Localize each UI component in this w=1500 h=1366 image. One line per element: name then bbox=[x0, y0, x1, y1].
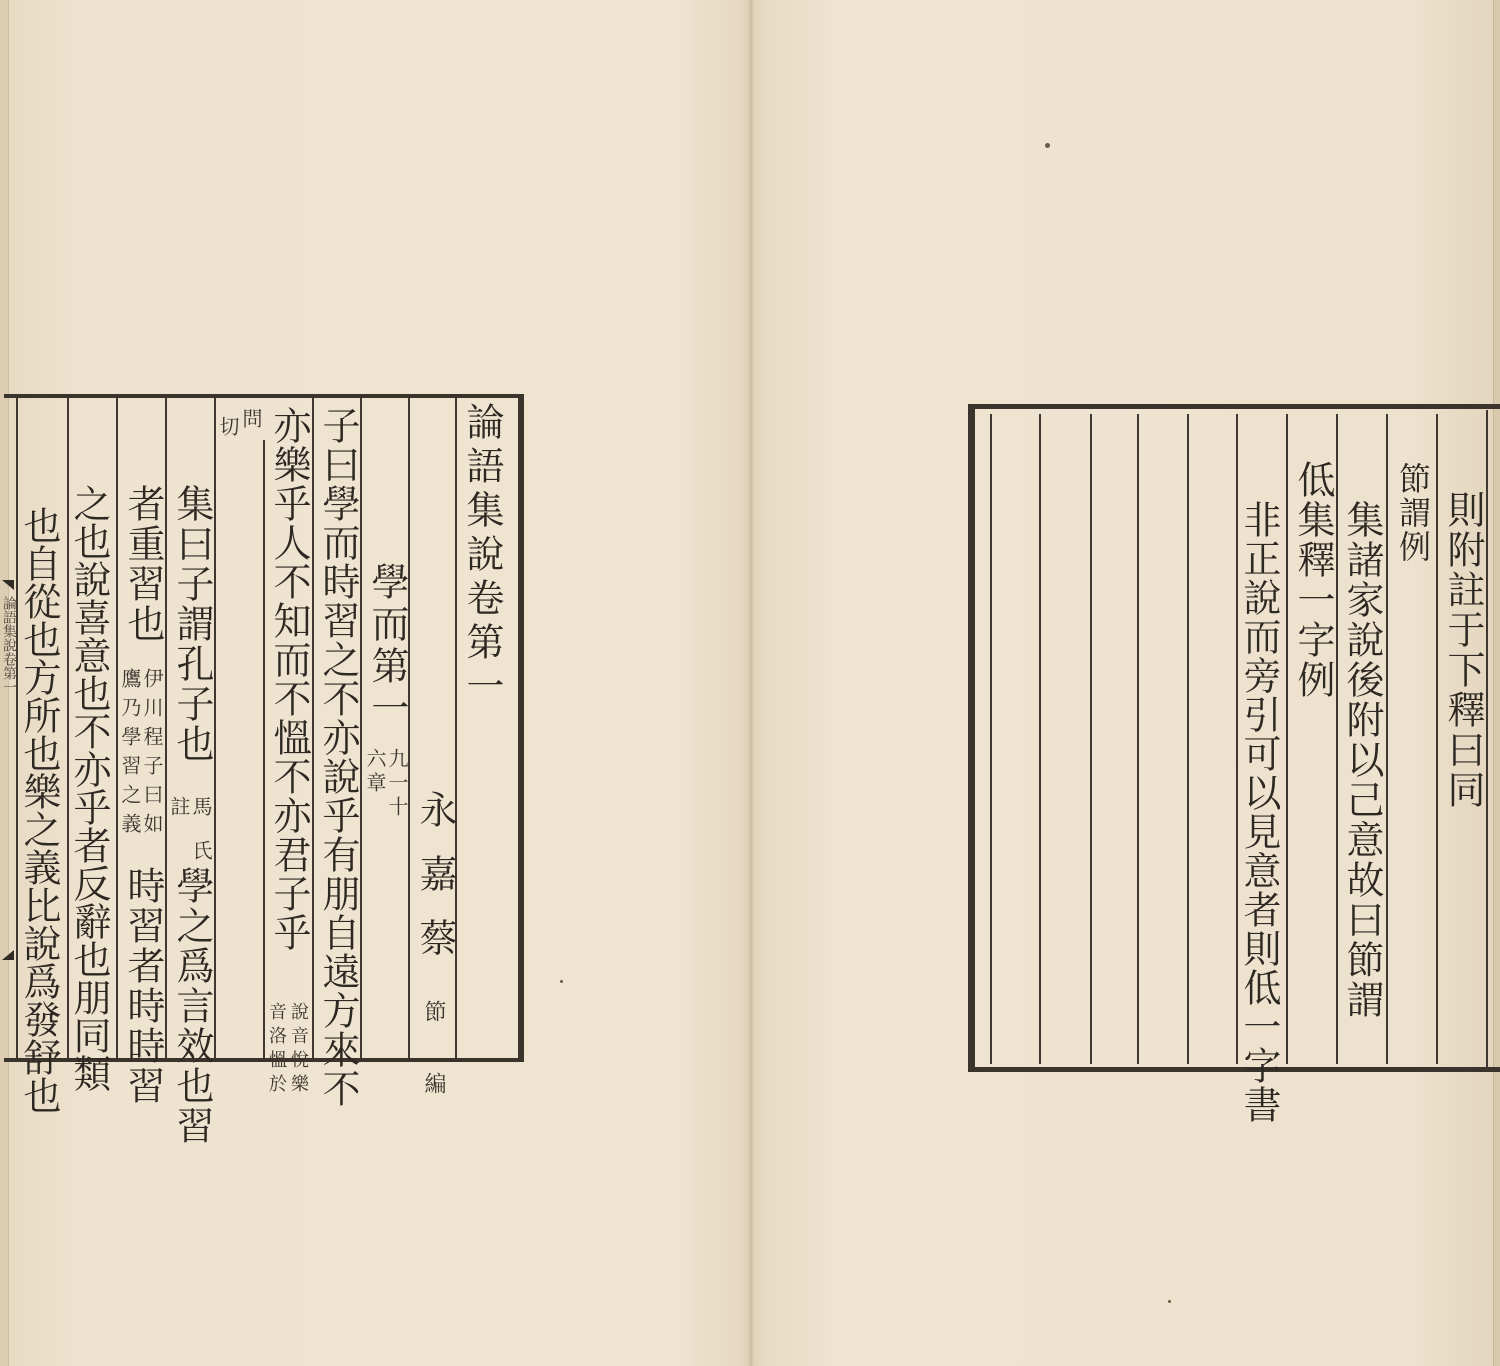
commentary-column-2a: 者重習也 bbox=[121, 484, 165, 644]
column-rule bbox=[1286, 414, 1288, 1064]
right-column-3: 集諸家說後附以己意故曰節謂 bbox=[1341, 500, 1383, 1020]
head-note-right: 問 bbox=[240, 408, 262, 432]
author-role: 節 編 bbox=[422, 1000, 444, 1108]
commentary-2-note-left: 鷹乃學習之義 bbox=[119, 668, 141, 842]
column-rule bbox=[1436, 414, 1438, 1064]
chapter-note-right: 九一十 bbox=[386, 748, 408, 820]
main-text-column-2: 亦樂乎人不知而不慍不亦君子乎 bbox=[267, 406, 311, 952]
chapter-heading: 學而第一 bbox=[364, 562, 410, 730]
column-rule bbox=[165, 398, 167, 1058]
column-rule bbox=[214, 398, 216, 1058]
commentary-column-1a: 集曰子謂孔子也 bbox=[170, 484, 214, 764]
column-rule bbox=[1386, 414, 1388, 1064]
commentary-2-note-right: 伊川程子曰如 bbox=[141, 668, 163, 842]
column-rule bbox=[1090, 414, 1092, 1064]
commentary-column-4: 也自從也方所也樂之義比說爲發舒也 bbox=[22, 506, 56, 1114]
right-column-1: 則附註于下釋曰同 bbox=[1441, 490, 1485, 810]
commentary-column-3: 之也說喜意也不亦乎者反辭也朋同類 bbox=[72, 484, 106, 1092]
right-column-2: 節謂例 bbox=[1393, 462, 1433, 564]
book-gutter bbox=[748, 0, 754, 1366]
commentary-column-2b: 時習者時時習 bbox=[121, 866, 165, 1106]
right-column-5: 非正說而旁引可以見意者則低一字書 bbox=[1241, 500, 1277, 1124]
column-rule bbox=[1486, 410, 1488, 1070]
column-rule bbox=[1039, 414, 1041, 1064]
paper-speck bbox=[560, 980, 563, 983]
head-note-left: 切 bbox=[217, 416, 239, 440]
column-rule bbox=[990, 414, 992, 1064]
column-rule bbox=[1137, 414, 1139, 1064]
pronunciation-note-right: 說音悅樂 bbox=[288, 1002, 308, 1098]
commentary-note-right: 馬 bbox=[190, 796, 212, 820]
author-name: 永嘉蔡 bbox=[412, 790, 458, 982]
commentary-column-1b: 學之爲言效也習 bbox=[170, 866, 214, 1146]
main-text-column-1: 子曰學而時習之不亦說乎有朋自遠方來不 bbox=[316, 406, 360, 1108]
column-rule bbox=[312, 398, 314, 1058]
column-rule bbox=[263, 440, 265, 1058]
pronunciation-note-left: 音洛慍於 bbox=[266, 1002, 286, 1098]
volume-title: 論語集說卷第一 bbox=[459, 402, 505, 710]
column-rule bbox=[1336, 414, 1338, 1064]
column-rule bbox=[1187, 414, 1189, 1064]
column-rule bbox=[360, 398, 362, 1058]
chapter-note-left: 六章 bbox=[364, 748, 386, 796]
right-column-4: 低集釋一字例 bbox=[1291, 460, 1335, 700]
commentary-note-2: 氏 bbox=[190, 840, 212, 864]
paper-speck bbox=[1168, 1300, 1171, 1303]
fold-strip-title: 論語集說卷第一 bbox=[2, 596, 16, 694]
commentary-note-left: 註 bbox=[168, 796, 190, 820]
paper-speck bbox=[1045, 143, 1050, 148]
